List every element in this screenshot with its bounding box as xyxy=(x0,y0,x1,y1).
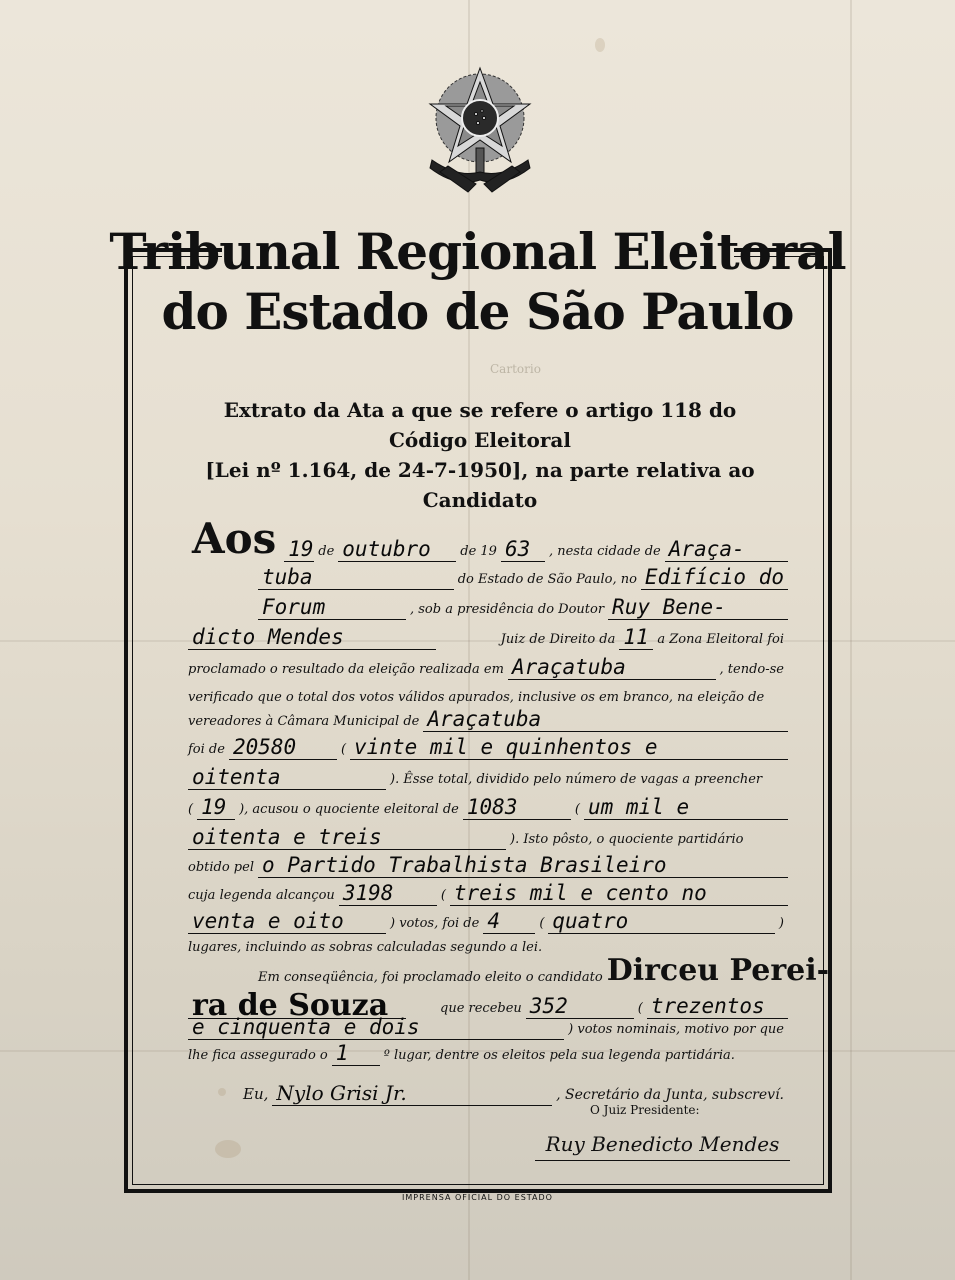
subtitle-line2: [Lei nº 1.164, de 24-7-1950], na parte r… xyxy=(190,455,770,515)
rank-field[interactable]: 1 xyxy=(332,1041,380,1066)
brazil-coat-of-arms-icon xyxy=(418,60,542,200)
form-line-total: foi de 20580 ( vinte mil e quinhentos e xyxy=(188,730,788,760)
form-line-quotient-cont: oitenta e treis ). Isto pôsto, o quocien… xyxy=(188,820,788,850)
form-line-city: tuba do Estado de São Paulo, no Edifício… xyxy=(188,560,788,590)
quotient-field[interactable]: 1083 xyxy=(463,795,571,820)
document-subtitle: Extrato da Ata a que se refere o artigo … xyxy=(190,395,770,515)
form-line-total-cont: oitenta ). Êsse total, dividido pelo núm… xyxy=(188,760,788,790)
paper-stain xyxy=(595,38,605,52)
label: foi de xyxy=(188,742,229,760)
label: ). Êsse total, dividido pelo número de v… xyxy=(386,772,766,790)
form-line-quotient: ( 19 ), acusou o quociente eleitoral de … xyxy=(188,790,788,820)
subtitle-line1: Extrato da Ata a que se refere o artigo … xyxy=(190,395,770,455)
zone-number-field[interactable]: 11 xyxy=(619,625,653,650)
form-line-party: obtido pel o Partido Trabalhista Brasile… xyxy=(188,848,788,878)
label: ( xyxy=(188,802,197,820)
month-field[interactable]: outubro xyxy=(338,537,456,562)
form-line-election: proclamado o resultado da eleição realiz… xyxy=(188,650,788,680)
city-field-cont[interactable]: tuba xyxy=(258,565,454,590)
page-title-line1: Tribunal Regional Eleitoral xyxy=(0,222,955,281)
party-field[interactable]: o Partido Trabalhista Brasileiro xyxy=(258,853,788,878)
label: do Estado de São Paulo, no xyxy=(454,572,641,590)
label: Juiz de Direito da xyxy=(497,632,620,650)
form-line-secretary: Eu, Nylo Grisi Jr. , Secretário da Junta… xyxy=(188,1072,788,1106)
quotient-words-field[interactable]: um mil e xyxy=(584,795,788,820)
party-votes-words-field[interactable]: treis mil e cento no xyxy=(450,881,788,906)
form-line-place: Forum , sob a presidência do Doutor Ruy … xyxy=(188,590,788,620)
form-line-candidate: Em conseqüência, foi proclamado eleito o… xyxy=(188,952,788,988)
printer-imprint: IMPRENSA OFICIAL DO ESTADO xyxy=(0,1193,955,1202)
form-line-date: Aos 19 de outubro de 19 63 , nesta cidad… xyxy=(188,522,788,562)
candidate-name: Dirceu Perei- xyxy=(607,953,829,988)
council-city-field[interactable]: Araçatuba xyxy=(423,707,788,732)
party-votes-field[interactable]: 3198 xyxy=(339,881,437,906)
label: ), acusou o quociente eleitoral de xyxy=(235,802,463,820)
total-votes-words-field[interactable]: vinte mil e quinhentos e xyxy=(350,735,788,760)
judge-name-field-cont[interactable]: dicto Mendes xyxy=(188,625,436,650)
seats-field[interactable]: 19 xyxy=(197,795,235,820)
city-field[interactable]: Araça- xyxy=(665,537,788,562)
form-line-rank: lhe fica assegurado o 1 º lugar, dentre … xyxy=(188,1036,788,1066)
day-field[interactable]: 19 xyxy=(284,537,314,562)
label: a Zona Eleitoral foi xyxy=(653,632,788,650)
quotient-words-cont[interactable]: oitenta e treis xyxy=(188,825,506,850)
form-line-council: vereadores à Câmara Municipal de Araçatu… xyxy=(188,702,788,732)
aos-label: Aos xyxy=(188,519,284,562)
place-field-cont[interactable]: Forum xyxy=(258,595,406,620)
label: ( xyxy=(571,802,584,820)
judge-signature: Ruy Benedicto Mendes xyxy=(535,1132,790,1161)
label: lhe fica assegurado o xyxy=(188,1048,332,1066)
election-city-field[interactable]: Araçatuba xyxy=(508,655,716,680)
place-field[interactable]: Edifício do xyxy=(641,565,788,590)
label: º lugar, dentre os eleitos pela sua lege… xyxy=(380,1048,739,1066)
form-line-judge: dicto Mendes Juiz de Direito da 11 a Zon… xyxy=(188,620,788,650)
label: , sob a presidência do Doutor xyxy=(406,602,608,620)
year-field[interactable]: 63 xyxy=(501,537,545,562)
page-title-line2: do Estado de São Paulo xyxy=(0,282,955,341)
judge-president-label: O Juiz Presidente: xyxy=(590,1103,700,1117)
label: ( xyxy=(337,742,350,760)
total-votes-words-cont[interactable]: oitenta xyxy=(188,765,386,790)
form-line-party-votes: cuja legenda alcançou 3198 ( treis mil e… xyxy=(188,876,788,906)
label: Eu, xyxy=(188,1085,272,1106)
secretary-signature: Nylo Grisi Jr. xyxy=(272,1081,552,1106)
judge-name-field[interactable]: Ruy Bene- xyxy=(608,595,788,620)
total-votes-field[interactable]: 20580 xyxy=(229,735,337,760)
